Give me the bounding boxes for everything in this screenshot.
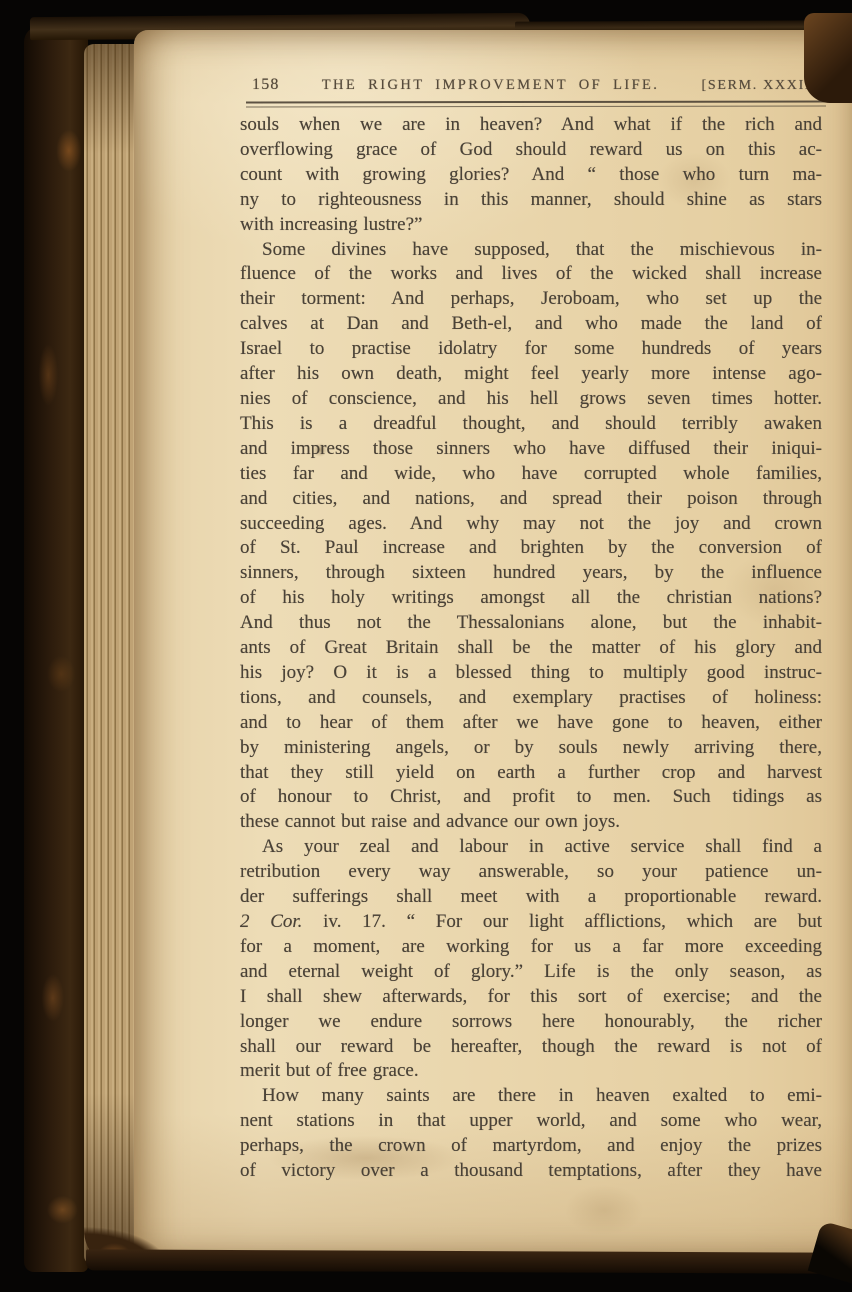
text-segment: retribution every way answerable, so you… — [240, 861, 822, 882]
text-segment: with increasing lustre?” — [240, 214, 422, 235]
book-page: 158 THE RIGHT IMPROVEMENT OF LIFE. [SERM… — [134, 30, 852, 1262]
text-segment: and cities, and nations, and spread thei… — [240, 488, 822, 509]
text-line: This is a dreadful thought, and should t… — [240, 412, 822, 437]
text-segment: As your zeal and labour in active servic… — [262, 836, 822, 857]
text-line: Some divines have supposed, that the mis… — [240, 238, 822, 263]
text-line: succeeding ages. And why may not the joy… — [240, 512, 822, 537]
book-scan: 158 THE RIGHT IMPROVEMENT OF LIFE. [SERM… — [0, 0, 852, 1292]
text-line: merit but of free grace. — [240, 1059, 822, 1084]
text-segment: How many saints are there in heaven exal… — [262, 1085, 822, 1106]
text-segment: perhaps, the crown of martyrdom, and enj… — [240, 1135, 822, 1156]
text-line: nent stations in that upper world, and s… — [240, 1109, 822, 1134]
text-line: tions, and counsels, and exemplary pract… — [240, 686, 822, 711]
text-line: calves at Dan and Beth-el, and who made … — [240, 312, 822, 337]
book-cover-corner-top-right — [804, 13, 852, 103]
text-segment: for a moment, are working for us a far m… — [240, 936, 822, 957]
text-line: with increasing lustre?” — [240, 213, 822, 238]
italic-text-segment: 2 Cor. — [240, 911, 302, 932]
text-segment: I shall shew afterwards, for this sort o… — [240, 986, 822, 1007]
text-segment: ties far and wide, who have corrupted wh… — [240, 463, 822, 484]
page-edge-stack — [84, 44, 138, 1264]
text-line: sinners, through sixteen hundred years, … — [240, 561, 822, 586]
paragraph: As your zeal and labour in active servic… — [240, 835, 822, 1084]
text-line: and eternal weight of glory.” Life is th… — [240, 960, 822, 985]
book-spine — [24, 26, 88, 1272]
text-segment: their torment: And perhaps, Jeroboam, wh… — [240, 288, 822, 309]
text-segment: ny to righteousness in this manner, shou… — [240, 189, 822, 210]
text-line: these cannot but raise and advance our o… — [240, 810, 822, 835]
text-line: of his holy writings amongst all the chr… — [240, 586, 822, 611]
text-line: count with growing glories? And “ those … — [240, 163, 822, 188]
text-segment: these cannot but raise and advance our o… — [240, 811, 620, 832]
text-segment: and to hear of them after we have gone t… — [240, 712, 822, 733]
text-line: of honour to Christ, and profit to men. … — [240, 785, 822, 810]
text-line: their torment: And perhaps, Jeroboam, wh… — [240, 287, 822, 312]
text-line: der sufferings shall meet with a proport… — [240, 885, 822, 910]
text-segment: Israel to practise idolatry for some hun… — [240, 338, 822, 359]
text-line: How many saints are there in heaven exal… — [240, 1084, 822, 1109]
text-line: ties far and wide, who have corrupted wh… — [240, 462, 822, 487]
text-segment: count with growing glories? And “ those … — [240, 164, 822, 185]
text-segment: fluence of the works and lives of the wi… — [240, 263, 822, 284]
text-line: Israel to practise idolatry for some hun… — [240, 337, 822, 362]
text-line: by ministering angels, or by souls newly… — [240, 736, 822, 761]
text-segment: shall our reward be hereafter, though th… — [240, 1036, 822, 1057]
text-segment: that they still yield on earth a further… — [240, 762, 822, 783]
text-segment: sinners, through sixteen hundred years, … — [240, 562, 822, 583]
text-segment: of honour to Christ, and profit to men. … — [240, 786, 822, 807]
text-segment: by ministering angels, or by souls newly… — [240, 737, 822, 758]
text-segment: And thus not the Thessalonians alone, bu… — [240, 612, 822, 633]
text-segment: Some divines have supposed, that the mis… — [262, 239, 822, 260]
text-line: that they still yield on earth a further… — [240, 761, 822, 786]
text-line: ants of Great Britain shall be the matte… — [240, 636, 822, 661]
paragraph: Some divines have supposed, that the mis… — [240, 238, 822, 836]
paragraph: How many saints are there in heaven exal… — [240, 1084, 822, 1184]
text-line: for a moment, are working for us a far m… — [240, 935, 822, 960]
text-segment: ants of Great Britain shall be the matte… — [240, 637, 822, 658]
text-segment: calves at Dan and Beth-el, and who made … — [240, 313, 822, 334]
text-segment: souls when we are in heaven? And what if… — [240, 114, 822, 135]
running-header: 158 THE RIGHT IMPROVEMENT OF LIFE. [SERM… — [240, 76, 822, 94]
text-segment: tions, and counsels, and exemplary pract… — [240, 687, 822, 708]
body-text: souls when we are in heaven? And what if… — [240, 113, 822, 1184]
text-line: I shall shew afterwards, for this sort o… — [240, 985, 822, 1010]
text-line: fluence of the works and lives of the wi… — [240, 262, 822, 287]
header-divider-rule — [246, 100, 826, 107]
text-line: his joy? O it is a blessed thing to mult… — [240, 661, 822, 686]
text-segment: and impress those sinners who have diffu… — [240, 438, 822, 459]
text-segment: succeeding ages. And why may not the joy… — [240, 513, 822, 534]
text-segment: his joy? O it is a blessed thing to mult… — [240, 662, 822, 683]
text-line: And thus not the Thessalonians alone, bu… — [240, 611, 822, 636]
text-line: ny to righteousness in this manner, shou… — [240, 188, 822, 213]
text-segment: This is a dreadful thought, and should t… — [240, 413, 822, 434]
text-segment: overflowing grace of God should reward u… — [240, 139, 822, 160]
text-line: and to hear of them after we have gone t… — [240, 711, 822, 736]
text-segment: nies of conscience, and his hell grows s… — [240, 388, 822, 409]
page-number: 158 — [252, 76, 280, 94]
book-cover-bottom-edge — [86, 1249, 832, 1273]
text-line: and impress those sinners who have diffu… — [240, 437, 822, 462]
text-line: shall our reward be hereafter, though th… — [240, 1035, 822, 1060]
text-segment: nent stations in that upper world, and s… — [240, 1110, 822, 1131]
text-line: and cities, and nations, and spread thei… — [240, 487, 822, 512]
text-segment: longer we endure sorrows here honourably… — [240, 1011, 822, 1032]
text-line: souls when we are in heaven? And what if… — [240, 113, 822, 138]
text-line: longer we endure sorrows here honourably… — [240, 1010, 822, 1035]
text-line: retribution every way answerable, so you… — [240, 860, 822, 885]
text-segment: der sufferings shall meet with a proport… — [240, 886, 822, 907]
text-line: of St. Paul increase and brighten by the… — [240, 536, 822, 561]
text-line: 2 Cor. iv. 17. “ For our light afflictio… — [240, 910, 822, 935]
text-line: after his own death, might feel yearly m… — [240, 362, 822, 387]
text-segment: of St. Paul increase and brighten by the… — [240, 537, 822, 558]
page-title: THE RIGHT IMPROVEMENT OF LIFE. — [280, 77, 702, 94]
text-segment: of victory over a thousand temptations, … — [240, 1160, 822, 1181]
text-line: As your zeal and labour in active servic… — [240, 835, 822, 860]
text-segment: and eternal weight of glory.” Life is th… — [240, 961, 822, 982]
text-line: nies of conscience, and his hell grows s… — [240, 387, 822, 412]
text-segment: merit but of free grace. — [240, 1060, 419, 1081]
paragraph: souls when we are in heaven? And what if… — [240, 113, 822, 238]
text-segment: of his holy writings amongst all the chr… — [240, 587, 822, 608]
text-line: of victory over a thousand temptations, … — [240, 1159, 822, 1184]
text-segment: after his own death, might feel yearly m… — [240, 363, 822, 384]
text-line: overflowing grace of God should reward u… — [240, 138, 822, 163]
text-line: perhaps, the crown of martyrdom, and enj… — [240, 1134, 822, 1159]
text-segment: iv. 17. “ For our light afflictions, whi… — [302, 911, 822, 932]
